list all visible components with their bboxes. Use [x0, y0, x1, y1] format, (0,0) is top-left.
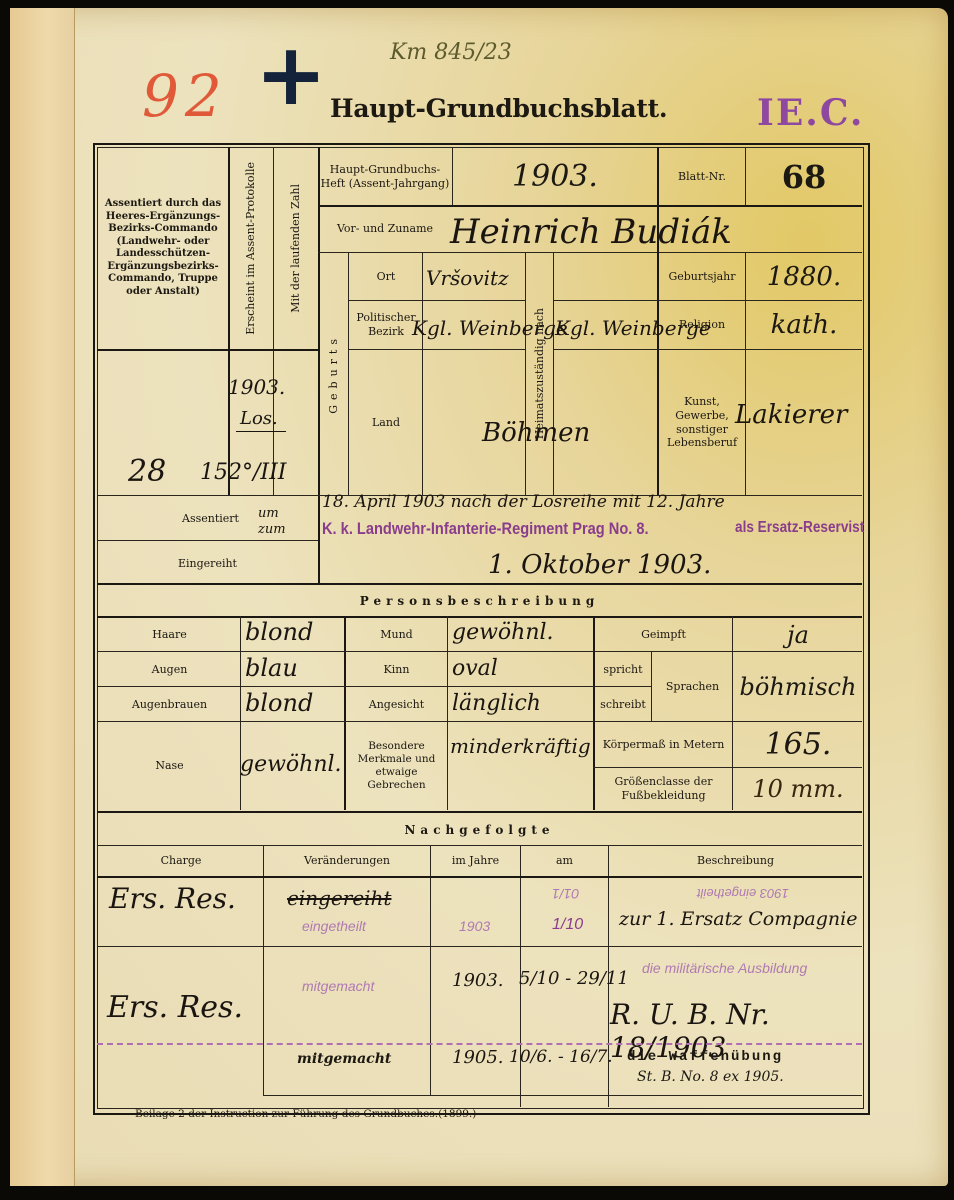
- beruf-label: Kunst, Gewerbe, sonstiger Lebensberuf: [659, 351, 745, 494]
- form-footer: Beilage 2 der Instruction zur Führung de…: [135, 1108, 476, 1120]
- divider: [553, 252, 554, 495]
- red-pencil-number: 92: [142, 62, 228, 130]
- divider: [97, 495, 318, 496]
- table-row: Ers. Res. mitgemacht 1903. 5/10 - 29/11 …: [97, 948, 862, 1043]
- divider: [97, 721, 862, 722]
- divider: [593, 686, 651, 687]
- augen-label: Augen: [99, 653, 240, 686]
- code-stamp: IE.C.: [757, 92, 864, 134]
- row1-desc-faint: 1903 eingetheilt: [697, 886, 789, 901]
- reference-note: Km 845/23: [390, 40, 512, 65]
- divider: [593, 767, 862, 768]
- divider: [263, 1095, 862, 1096]
- divider: [97, 811, 862, 813]
- geburts-label: Geburts: [327, 334, 341, 414]
- row3-desc: die Waffenübung: [627, 1049, 783, 1065]
- name-label: Vor- und Zuname: [320, 207, 450, 251]
- divider: [97, 946, 862, 947]
- side-note: um zum: [258, 506, 298, 537]
- page-title: Haupt-Grundbuchsblatt.: [330, 94, 667, 123]
- row3-year: 1905.: [452, 1047, 504, 1068]
- row2-desc-stamp: die militärische Ausbildung: [642, 960, 807, 976]
- mund-value: gewöhnl.: [452, 620, 554, 645]
- cross-icon: +: [255, 32, 327, 118]
- divider: [348, 252, 349, 495]
- divider: [348, 349, 525, 350]
- divider: [422, 252, 423, 495]
- beruf-value: Lakierer: [735, 400, 847, 430]
- angesicht-label: Angesicht: [346, 688, 447, 721]
- heimat-label-cell: Heimatszuständig nach: [526, 254, 553, 494]
- row2-date: 5/10 - 29/11: [519, 968, 629, 989]
- row1-date: 1/10: [552, 916, 583, 934]
- schuh-value: 10 mm.: [734, 769, 862, 809]
- augen-value: blau: [245, 654, 298, 682]
- service-section-title: Nachgefolgte: [97, 817, 862, 843]
- nase-value: gewöhnl.: [240, 752, 342, 777]
- col-im-jahre: im Jahre: [431, 847, 520, 875]
- geburtsjahr-value: 1880.: [747, 254, 861, 300]
- row1-desc: zur 1. Ersatz Compagnie: [619, 908, 857, 930]
- divider: [97, 845, 862, 846]
- row1-date-faint: 01/1: [552, 886, 579, 902]
- laufende-label: Mit der laufenden Zahl: [289, 184, 303, 313]
- sprachen-value: böhmisch: [734, 653, 862, 721]
- mund-label: Mund: [346, 618, 447, 651]
- divider: [452, 147, 453, 205]
- col-charge: Charge: [99, 847, 263, 875]
- divider: [97, 651, 862, 652]
- spricht-label: spricht: [595, 653, 651, 686]
- row2-year: 1903.: [452, 970, 504, 991]
- row2-charge: Ers. Res.: [107, 990, 243, 1025]
- schreibt-label: schreibt: [595, 688, 651, 721]
- assentiert-label: Assentiert: [182, 512, 239, 525]
- divider: [553, 349, 862, 350]
- row1-charge: Ers. Res.: [109, 882, 236, 915]
- angesicht-value: länglich: [452, 691, 541, 716]
- protocol-year: 1903.: [228, 375, 285, 399]
- koerpermass-label: Körpermaß in Metern: [595, 723, 732, 767]
- eingereiht-label: Eingereiht: [178, 557, 237, 570]
- augenbrauen-value: blond: [245, 689, 313, 717]
- koerpermass-value: 165.: [734, 723, 862, 767]
- regiment-stamp: K. k. Landwehr-Infanterie-Regiment Prag …: [322, 519, 649, 539]
- divider: [97, 583, 862, 585]
- sprachen-label: Sprachen: [653, 653, 732, 721]
- heimat-label: Heimatszuständig nach: [533, 308, 547, 439]
- protocol-number-right: 152°/III: [200, 460, 286, 485]
- kinn-value: oval: [452, 656, 498, 681]
- geimpft-value: ja: [734, 618, 862, 651]
- divider: [97, 686, 593, 687]
- divider: [97, 349, 318, 351]
- augenbrauen-label: Augenbrauen: [99, 688, 240, 721]
- laufende-label-cell: Mit der laufenden Zahl: [274, 150, 318, 346]
- divider: [240, 616, 241, 810]
- religion-value: kath.: [747, 302, 861, 348]
- divider: [447, 616, 448, 810]
- blatt-value: 68: [747, 150, 861, 204]
- protocol-number-left: 28: [128, 454, 166, 489]
- col-am: am: [521, 847, 608, 875]
- merkmale-value: minderkräftig: [450, 730, 590, 762]
- nase-label: Nase: [99, 723, 240, 809]
- col-veraenderungen: Veränderungen: [264, 847, 430, 875]
- erscheint-label-cell: Erscheint im Assent-Protokolle: [229, 150, 273, 346]
- divider: [745, 147, 746, 205]
- geburts-label-cell: Geburts: [320, 254, 348, 494]
- table-row: Ers. Res. eingereiht eingetheilt 1903 1/…: [97, 878, 862, 946]
- divider: [348, 300, 525, 301]
- row3-desc2: St. B. No. 8 ex 1905.: [637, 1069, 784, 1085]
- row1-change-stamp: eingetheilt: [302, 918, 366, 934]
- divider: [553, 300, 862, 301]
- assentiert-value: 18. April 1903 nach der Losreihe mit 12.…: [322, 492, 725, 512]
- blatt-label: Blatt-Nr.: [659, 150, 745, 204]
- heft-label: Haupt-Grundbuchs-Heft (Assent-Jahrgang): [320, 150, 450, 204]
- row1-year: 1903: [459, 918, 490, 934]
- erscheint-label: Erscheint im Assent-Protokolle: [244, 162, 258, 335]
- haare-label: Haare: [99, 618, 240, 651]
- divider: [732, 616, 733, 810]
- geimpft-label: Geimpft: [595, 618, 732, 651]
- row3-change: mitgemacht: [297, 1051, 391, 1067]
- ort-label: Ort: [350, 254, 422, 300]
- eingereiht-value: 1. Oktober 1903.: [488, 550, 711, 580]
- assentiert-durch-label: Assentiert durch das Heeres-Ergänzungs-B…: [100, 150, 226, 346]
- row3-date: 10/6. - 16/7.: [509, 1047, 613, 1067]
- haare-value: blond: [245, 618, 313, 646]
- ort-value: Vršovitz: [426, 266, 509, 290]
- binding-strip: [10, 8, 75, 1186]
- heft-value: 1903.: [454, 150, 656, 204]
- description-section-title: Personsbeschreibung: [97, 588, 862, 614]
- divider: [318, 252, 862, 253]
- divider: [97, 540, 318, 541]
- geburtsjahr-label: Geburtsjahr: [659, 254, 745, 300]
- table-row: mitgemacht 1905. 10/6. - 16/7. die Waffe…: [97, 1045, 862, 1095]
- merkmale-label: Besondere Merkmale und etwaige Gebrechen: [346, 723, 447, 809]
- rank-stamp: als Ersatz-Reservist: [735, 519, 864, 537]
- row1-change: eingereiht: [287, 886, 391, 910]
- name-value: Heinrich Budiák: [450, 212, 732, 252]
- divider: [651, 651, 652, 721]
- kinn-label: Kinn: [346, 653, 447, 686]
- col-beschreibung: Beschreibung: [609, 847, 862, 875]
- land-label: Land: [350, 351, 422, 494]
- schuh-label: Größenclasse der Fußbekleidung: [595, 769, 732, 809]
- religion-label: Religion: [659, 302, 745, 348]
- row2-change: mitgemacht: [302, 978, 374, 994]
- protocol-los: Los.: [236, 408, 286, 432]
- divider: [745, 252, 746, 495]
